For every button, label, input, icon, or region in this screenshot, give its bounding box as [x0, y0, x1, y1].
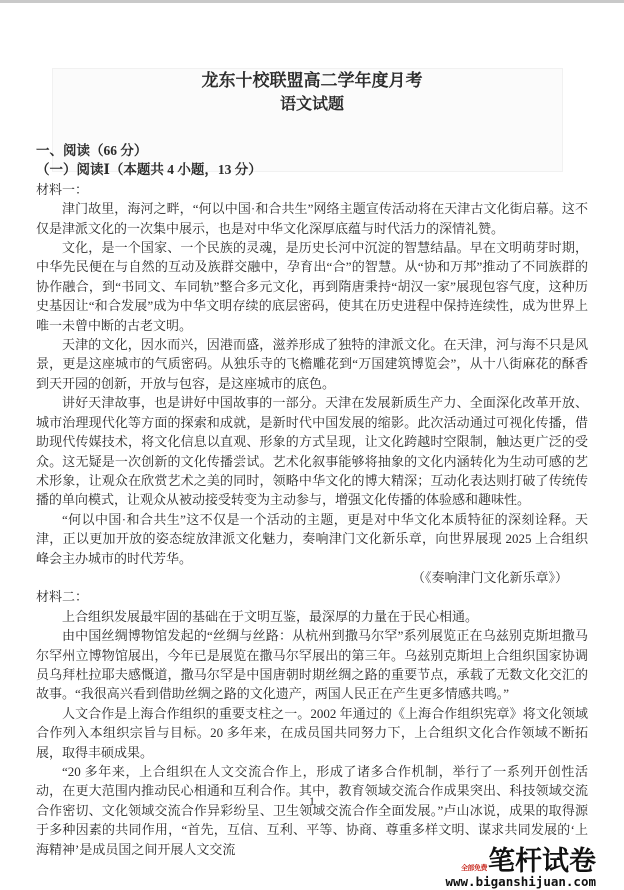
material1-paragraph: “何以中国·和合共生”这不仅是一个活动的主题，更是对中华文化本质特征的深刻诠释。…: [36, 510, 588, 568]
subsection-heading-reading1: （一）阅读Ⅰ（本题共 4 小题，13 分）: [36, 160, 588, 179]
page-number: 1: [0, 794, 624, 809]
material2-paragraph: “20 多年来，上合组织在人文交流合作上，形成了诸多合作机制，举行了一系列开创性…: [36, 762, 588, 859]
material2-paragraph: 由中国丝绸博物馆发起的“丝绸与丝路：从杭州到撒马尔罕”系列展览正在乌兹别克斯坦撒…: [36, 626, 588, 704]
watermark-tagline: 全部免费: [461, 865, 487, 872]
exam-page-content: 龙东十校联盟高二学年度月考 语文试题 一、阅读（66 分） （一）阅读Ⅰ（本题共…: [36, 70, 588, 859]
material2-label: 材料二：: [36, 587, 588, 606]
watermark-url: www.biganshijuan.com: [445, 876, 596, 889]
material2-paragraph: 上合组织发展最牢固的基础在于文明互鉴，最深厚的力量在于民心相通。: [36, 607, 588, 626]
watermark-brand: 笔杆试卷: [488, 848, 596, 875]
page-title: 龙东十校联盟高二学年度月考: [36, 70, 588, 92]
scan-edge-bar: [0, 0, 624, 3]
material2-paragraph: 人文合作是上海合作组织的重要支柱之一。2002 年通过的《上海合作组织宪章》将文…: [36, 704, 588, 762]
material1-paragraph: 讲好天津故事，也是讲好中国故事的一部分。天津在发展新质生产力、全面深化改革开放、…: [36, 393, 588, 509]
material1-label: 材料一：: [36, 180, 588, 199]
material1-paragraph: 津门故里，海河之畔，“何以中国·和合共生”网络主题宣传活动将在天津古文化街启幕。…: [36, 199, 588, 238]
watermark-logo: 全部免费 笔杆试卷 www.biganshijuan.com: [445, 848, 596, 889]
attribution-line: （《奏响津门文化新乐章》）: [36, 568, 588, 587]
section-heading-reading: 一、阅读（66 分）: [36, 141, 588, 160]
watermark-top-row: 全部免费 笔杆试卷: [445, 848, 596, 875]
material1-paragraph: 天津的文化，因水而兴，因港而盛，滋养形成了独特的津派文化。在天津，河与海不只是风…: [36, 335, 588, 393]
material1-paragraph: 文化，是一个国家、一个民族的灵魂，是历史长河中沉淀的智慧结晶。早在文明萌芽时期，…: [36, 238, 588, 335]
page-subtitle: 语文试题: [36, 94, 588, 115]
